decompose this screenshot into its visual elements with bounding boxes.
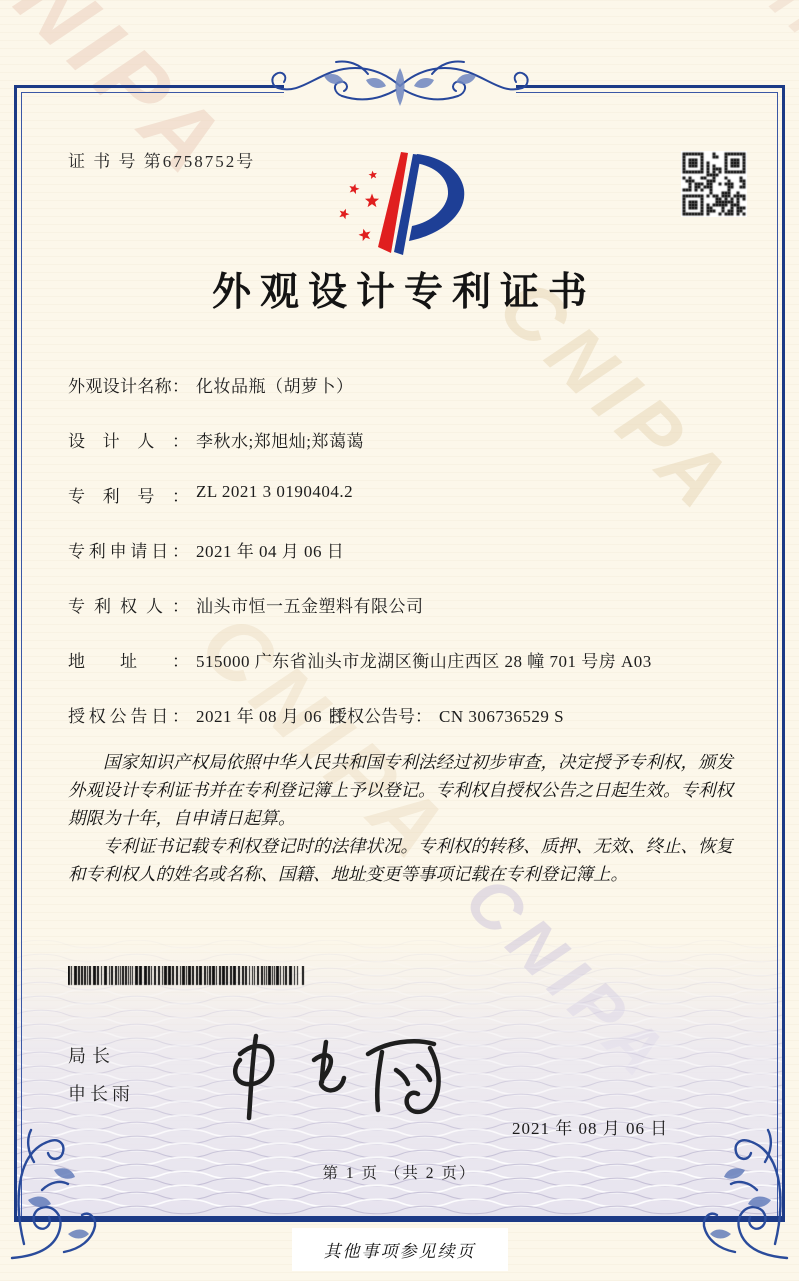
field-row-patentee: 专利权人：汕头市恒一五金塑料有限公司	[68, 592, 424, 617]
logo-star-icon	[369, 171, 378, 179]
field-value: CN 306736529 S	[439, 707, 564, 726]
field-label: 专利号：	[68, 482, 189, 507]
certificate-title: 外观设计专利证书	[0, 261, 799, 317]
field-value: 2021 年 08 月 06 日	[196, 707, 344, 726]
field-grant-number: 授权公告号：CN 306736529 S	[330, 702, 564, 727]
logo-star-icon	[365, 194, 379, 208]
field-label: 设计人：	[68, 427, 189, 452]
field-value: 化妆品瓶（胡萝卜）	[196, 377, 354, 396]
field-label: 外观设计名称：	[68, 372, 189, 397]
top-ornament-icon	[268, 56, 532, 114]
field-value: ZL 2021 3 0190404.2	[196, 482, 353, 501]
field-row-patent-number: 专利号：ZL 2021 3 0190404.2	[68, 482, 353, 507]
border-frame	[782, 85, 785, 1222]
qr-code-icon	[681, 151, 747, 217]
field-value: 汕头市恒一五金塑料有限公司	[196, 597, 424, 616]
signature-icon	[210, 1026, 445, 1126]
border-frame	[14, 85, 17, 1222]
signer-title: 局长	[68, 1042, 116, 1068]
cnipa-patent-logo-icon	[333, 146, 467, 258]
border-frame	[14, 1216, 785, 1222]
field-label: 授权公告号：	[330, 707, 432, 726]
certificate-number: 证 书 号 第6758752号	[68, 147, 255, 172]
signer-name: 申长雨	[68, 1080, 134, 1106]
field-value: 李秋水;郑旭灿;郑蔼蔼	[196, 432, 364, 451]
field-label: 授权公告日：	[68, 702, 189, 727]
logo-star-icon	[349, 184, 359, 194]
field-row-grant: 授权公告日：2021 年 08 月 06 日 授权公告号：CN 30673652…	[68, 702, 344, 727]
cnipa-watermark: CNIPA	[678, 0, 799, 110]
field-label: 专利权人：	[68, 592, 189, 617]
body-paragraph: 专利证书记载专利权登记时的法律状况。专利权的转移、质押、无效、终止、恢复和专利权…	[68, 832, 736, 888]
field-row-design-name: 外观设计名称：化妆品瓶（胡萝卜）	[68, 372, 354, 397]
field-row-designers: 设计人：李秋水;郑旭灿;郑蔼蔼	[68, 427, 364, 452]
corner-ornament-icon	[6, 1122, 106, 1262]
page-indicator: 第 1 页 （共 2 页）	[0, 1161, 799, 1183]
field-label: 专利申请日：	[68, 537, 189, 562]
field-value: 2021 年 04 月 06 日	[196, 542, 344, 561]
body-paragraph: 国家知识产权局依照中华人民共和国专利法经过初步审查，决定授予专利权，颁发外观设计…	[68, 748, 736, 832]
field-value: 515000 广东省汕头市龙湖区衡山庄西区 28 幢 701 号房 A03	[196, 652, 652, 671]
issue-date: 2021 年 08 月 06 日	[512, 1114, 668, 1139]
field-row-filing-date: 专利申请日：2021 年 04 月 06 日	[68, 537, 344, 562]
barcode-icon	[68, 966, 306, 986]
certificate-page: CNIPA CNIPA CNIPA CNIPA CNIPA	[0, 0, 799, 1281]
continuation-note: 其他事项参见续页	[292, 1228, 508, 1271]
logo-star-icon	[359, 229, 371, 241]
field-row-address: 地址：515000 广东省汕头市龙湖区衡山庄西区 28 幢 701 号房 A03	[68, 647, 652, 672]
field-label: 地址：	[68, 647, 189, 672]
corner-ornament-icon	[693, 1122, 793, 1262]
logo-star-icon	[339, 209, 349, 220]
certificate-body: 国家知识产权局依照中华人民共和国专利法经过初步审查，决定授予专利权，颁发外观设计…	[68, 748, 736, 888]
